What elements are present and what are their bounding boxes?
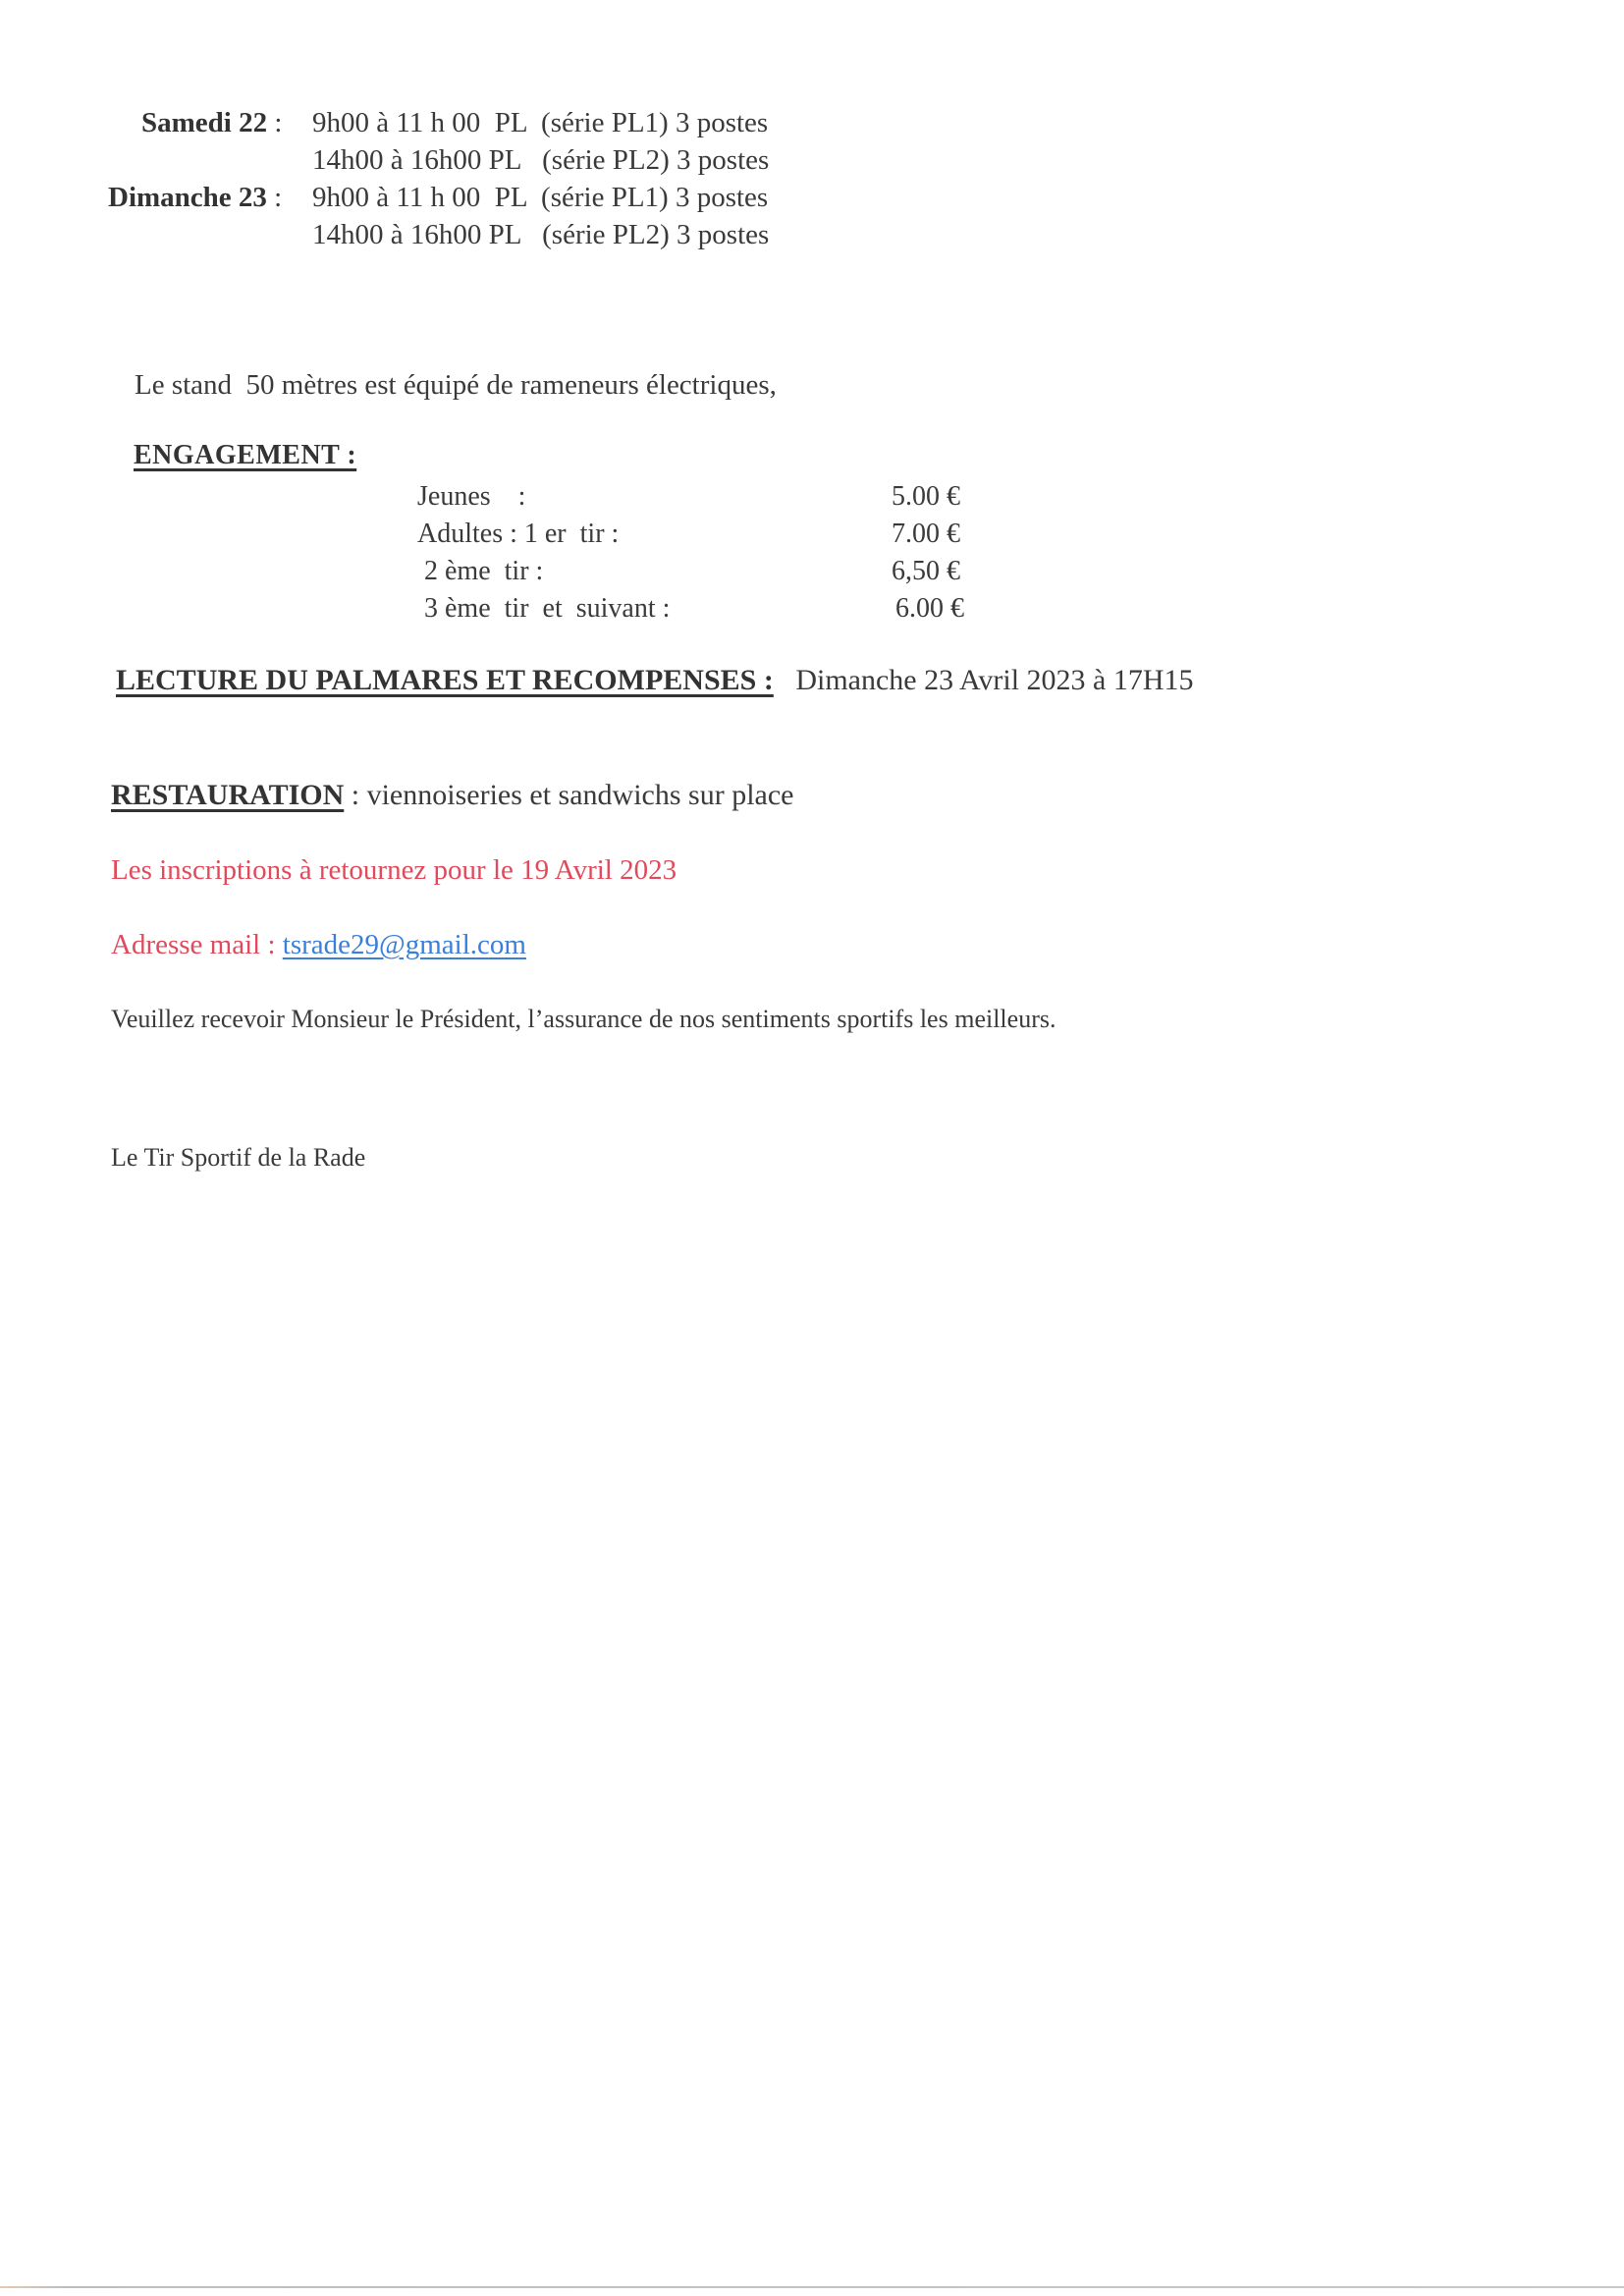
palmares-heading: LECTURE DU PALMARES ET RECOMPENSES : [116, 664, 774, 696]
mail-link[interactable]: tsrade29@gmail.com [283, 929, 526, 960]
inscriptions-deadline: Les inscriptions à retournez pour le 19 … [111, 854, 677, 887]
fee-value: 6.00 € [827, 593, 964, 625]
stand-note: Le stand 50 mètres est équipé de rameneu… [135, 369, 777, 402]
fee-label: 2 ème tir : [417, 556, 543, 587]
day-saturday: Samedi 22 [141, 107, 267, 138]
schedule-session: 14h00 à 16h00 PL (série PL2) 3 postes [312, 216, 769, 253]
engagement-heading: ENGAGEMENT : [134, 440, 356, 471]
fee-value: 7.00 € [823, 519, 960, 550]
mail-label: Adresse mail : [111, 929, 283, 960]
scan-edge-line [0, 2286, 1624, 2288]
mail-line: Adresse mail : tsrade29@gmail.com [111, 929, 526, 961]
fee-label: 3 ème tir et suivant : [417, 593, 670, 625]
restauration-heading: RESTAURATION [111, 779, 344, 811]
signature: Le Tir Sportif de la Rade [111, 1143, 365, 1173]
palmares-line: LECTURE DU PALMARES ET RECOMPENSES : Dim… [116, 664, 1194, 697]
day-sunday: Dimanche 23 [108, 182, 267, 213]
closing-sentence: Veuillez recevoir Monsieur le Président,… [111, 1005, 1056, 1034]
restauration-value: : viennoiseries et sandwichs sur place [344, 779, 793, 811]
fee-value: 5.00 € [823, 481, 960, 513]
separator: : [267, 182, 290, 213]
schedule-session: 9h00 à 11 h 00 PL (série PL1) 3 postes [312, 104, 768, 141]
schedule-day-label: Dimanche 23 : [108, 179, 289, 216]
schedule-session: 14h00 à 16h00 PL (série PL2) 3 postes [312, 141, 769, 179]
fee-value: 6,50 € [823, 556, 960, 587]
schedule-day-label: Samedi 22 : [141, 104, 290, 141]
fee-label: Jeunes : [417, 481, 525, 513]
fee-label: Adultes : 1 er tir : [417, 519, 619, 550]
separator: : [267, 107, 290, 138]
palmares-date: Dimanche 23 Avril 2023 à 17H15 [795, 664, 1193, 696]
schedule-session: 9h00 à 11 h 00 PL (série PL1) 3 postes [312, 179, 768, 216]
restauration-line: RESTAURATION : viennoiseries et sandwich… [111, 779, 793, 812]
